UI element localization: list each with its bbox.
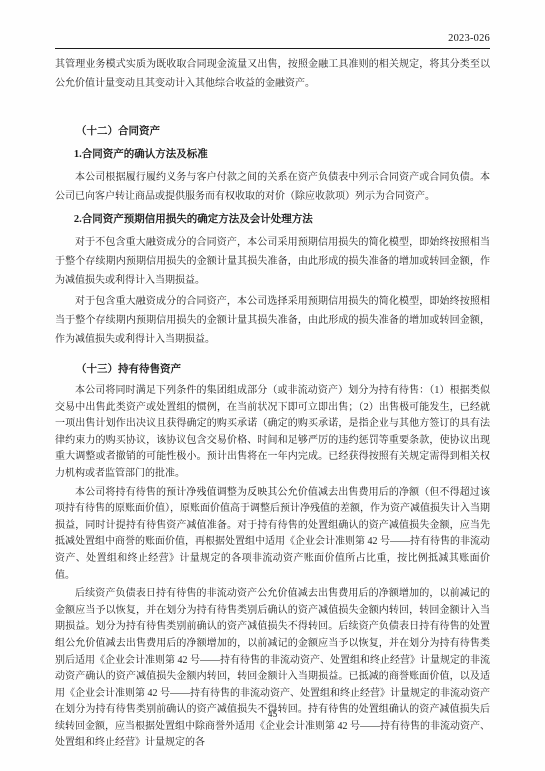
document-code: 2023-026: [448, 33, 490, 44]
section-heading-held-for-sale-assets: （十三）持有待售资产: [55, 360, 490, 379]
paragraph: 其管理业务模式实质为既收取合同现金流量又出售，按照金融工具准则的相关规定，将其分…: [55, 55, 490, 93]
header-rule-divider: [55, 48, 490, 49]
document-page: 2023-026 其管理业务模式实质为既收取合同现金流量又出售，按照金融工具准则…: [0, 0, 545, 771]
paragraph: 本公司将持有待售的预计净残值调整为反映其公允价值减去出售费用后的净额（但不得超过…: [55, 485, 490, 585]
paragraph: 对于不包含重大融资成分的合同资产，本公司采用预期信用损失的简化模型，即始终按照相…: [55, 233, 490, 290]
section-heading-contract-assets: （十二）合同资产: [55, 122, 490, 141]
document-body: 其管理业务模式实质为既收取合同现金流量又出售，按照金融工具准则的相关规定，将其分…: [55, 55, 490, 754]
paragraph: 对于包含重大融资成分的合同资产，本公司选择采用预期信用损失的简化模型，即始终按照…: [55, 292, 490, 349]
paragraph: 本公司根据履行履约义务与客户付款之间的关系在资产负债表中列示合同资产或合同负债。…: [55, 168, 490, 206]
subsection-heading-1: 1.合同资产的确认方法及标准: [55, 145, 490, 164]
page-number: 45: [0, 710, 545, 720]
paragraph: 本公司将同时满足下列条件的集团组成部分（或非流动资产）划分为持有待售：（1）根据…: [55, 383, 490, 483]
subsection-heading-2: 2.合同资产预期信用损失的确定方法及会计处理方法: [55, 210, 490, 229]
paragraph: 后续资产负债表日持有待售的非流动资产公允价值减去出售费用后的净额增加的，以前减记…: [55, 586, 490, 752]
